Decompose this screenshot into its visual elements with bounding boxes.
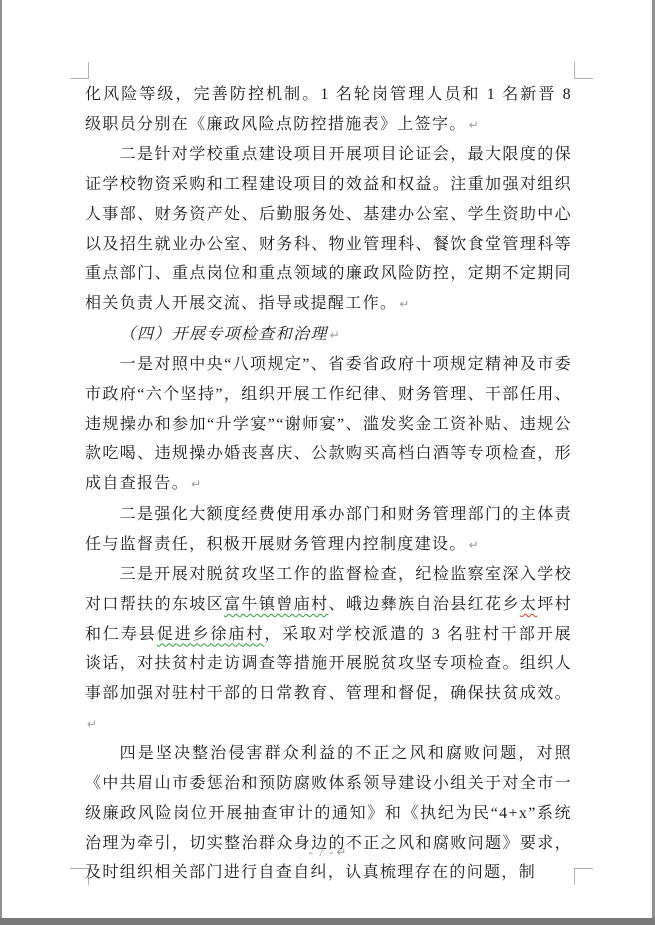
paragraph-mark-icon: ↵ bbox=[85, 717, 97, 731]
paragraph-project-review[interactable]: 二是针对学校重点建设项目开展项目论证会，最大限度的保证学校物资采购和工程建设项目… bbox=[85, 140, 572, 319]
text-boundary-mark-top-right bbox=[574, 62, 593, 79]
page-footer: - 7 -↵ bbox=[0, 845, 655, 860]
page-number: - 7 - bbox=[309, 845, 335, 859]
paragraph-special-inspection[interactable]: 一是对照中央“八项规定”、省委省政府十项规定精神及市委市政府“六个坚持”，组织开… bbox=[85, 350, 572, 500]
text-run: 二是针对学校重点建设项目开展项目论证会，最大限度的保证学校物资采购和工程建设项目… bbox=[85, 146, 572, 312]
paragraph-section-heading[interactable]: （四）开展专项检查和治理↵ bbox=[85, 320, 572, 351]
paragraph-mark-icon: ↵ bbox=[397, 297, 409, 311]
paragraph-funds-supervision[interactable]: 二是强化大额度经费使用承办部门和财务管理部门的主体责任与监督责任，积极开展财务管… bbox=[85, 500, 572, 560]
paragraph-mark-icon: ↵ bbox=[467, 538, 479, 552]
text-run: 、峨边彝族自治县红花乡 bbox=[329, 596, 520, 613]
page-edge-bottom bbox=[0, 918, 655, 925]
text-run: 四是坚决整治侵害群众利益的不正之风和腐败问题，对照《中共眉山市委惩治和预防腐败体… bbox=[85, 745, 572, 881]
spellcheck-green-underline: 富牛镇曾庙村 bbox=[224, 596, 328, 613]
spellcheck-green-underline: 促进乡徐庙村 bbox=[157, 626, 265, 643]
spellcheck-red-underline: 太 bbox=[520, 596, 537, 613]
text-run: 化风险等级，完善防控机制。1 名轮岗管理人员和 1 名新晋 8 级职员分别在《廉… bbox=[85, 86, 572, 133]
paragraph-mark-icon: ↵ bbox=[334, 845, 346, 859]
text-run: 一是对照中央“八项规定”、省委省政府十项规定精神及市委市政府“六个坚持”，组织开… bbox=[85, 356, 572, 492]
text-run: （四）开展专项检查和治理 bbox=[120, 326, 328, 343]
paragraph-mark-icon: ↵ bbox=[189, 477, 201, 491]
text-run: 二是强化大额度经费使用承办部门和财务管理部门的主体责任与监督责任，积极开展财务管… bbox=[85, 506, 572, 553]
paragraph-rectify-corruption[interactable]: 四是坚决整治侵害群众利益的不正之风和腐败问题，对照《中共眉山市委惩治和预防腐败体… bbox=[85, 739, 572, 888]
paragraph-continuation[interactable]: 化风险等级，完善防控机制。1 名轮岗管理人员和 1 名新晋 8 级职员分别在《廉… bbox=[85, 80, 572, 140]
paragraph-mark-icon: ↵ bbox=[328, 328, 340, 342]
paragraph-poverty-alleviation[interactable]: 三是开展对脱贫攻坚工作的监督检查，纪检监察室深入学校对口帮扶的东坡区富牛镇曾庙村… bbox=[85, 560, 572, 739]
document-text-area[interactable]: 化风险等级，完善防控机制。1 名轮岗管理人员和 1 名新晋 8 级职员分别在《廉… bbox=[85, 80, 572, 888]
text-boundary-mark-top-left bbox=[70, 62, 89, 79]
text-boundary-mark-bottom-right bbox=[574, 868, 593, 885]
word-document-view: 化风险等级，完善防控机制。1 名轮岗管理人员和 1 名新晋 8 级职员分别在《廉… bbox=[0, 0, 655, 925]
page-edge-left bbox=[0, 0, 2, 925]
paragraph-mark-icon: ↵ bbox=[467, 118, 479, 132]
